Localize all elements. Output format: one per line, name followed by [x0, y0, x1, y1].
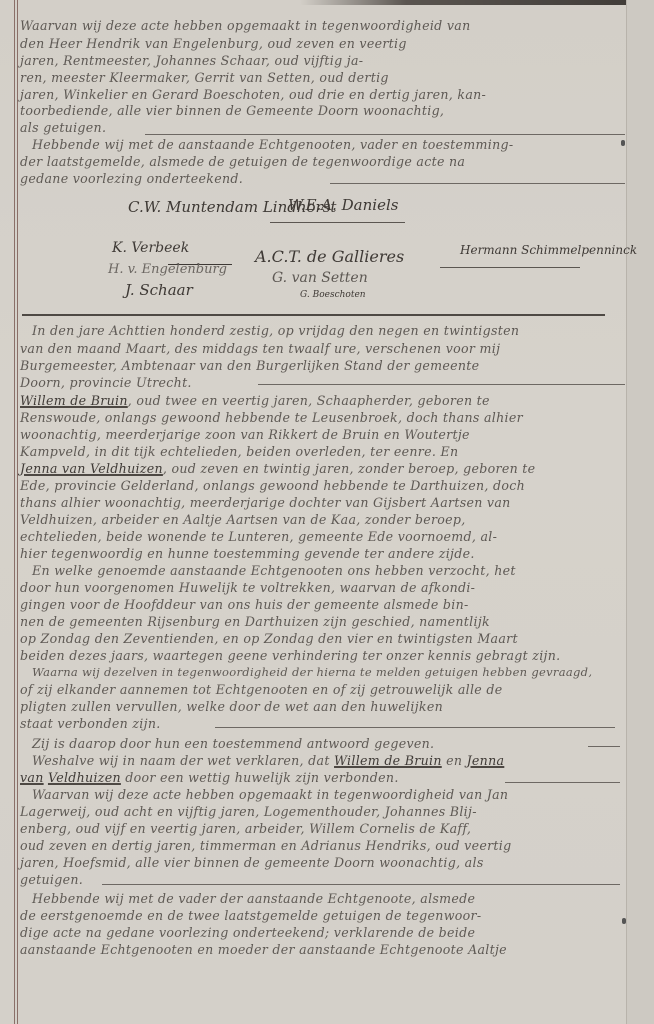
binding-mark	[622, 918, 626, 924]
text-line: Burgemeester, Ambtenaar van den Burgerli…	[20, 358, 479, 373]
fill-line	[588, 746, 620, 747]
text-line: Renswoude, onlangs gewoond hebbende te L…	[20, 410, 523, 425]
text-line: dige acte na gedane voorlezing onderteek…	[20, 925, 475, 940]
text-line: enberg, oud vijf en veertig jaren, arbei…	[20, 821, 471, 836]
record-separator	[22, 314, 605, 316]
bride-surname: Veldhuizen	[48, 770, 121, 785]
declaration-line: Weshalve wij in naam der wet verklaren, …	[32, 753, 504, 768]
text-span: door een wettig huwelijk zijn verbonden.	[125, 770, 398, 785]
text-line: de eerstgenoemde en de twee laatstgemeld…	[20, 908, 481, 923]
text-line: op Zondag den Zeventienden, en op Zondag…	[20, 631, 518, 646]
bride-name: Jenna van Veldhuizen	[20, 461, 163, 476]
text-line: nen de gemeenten Rijsenburg en Darthuize…	[20, 614, 490, 629]
fill-line	[102, 884, 620, 885]
text-line: Lagerweij, oud acht en vijftig jaren, Lo…	[20, 804, 477, 819]
text-line: Waarvan wij deze acte hebben opgemaakt i…	[20, 18, 470, 33]
text-line: Kampveld, in dit tijk echtelieden, beide…	[20, 444, 458, 459]
fill-line	[215, 727, 615, 728]
text-line: Doorn, provincie Utrecht.	[20, 375, 192, 390]
signature-flourish	[440, 267, 580, 268]
text-line: jaren, Hoefsmid, alle vier binnen de gem…	[20, 855, 484, 870]
signature: A.C.T. de Gallieres	[255, 247, 404, 266]
text-line: der laatstgemelde, alsmede de getuigen d…	[20, 154, 465, 169]
text-line: toorbediende, alle vier binnen de Gemeen…	[20, 103, 444, 118]
groom-name: Willem de Bruin	[334, 753, 442, 768]
text-span: , oud twee en veertig jaren, Schaapherde…	[128, 393, 490, 408]
text-line: Waarvan wij deze acte hebben opgemaakt i…	[32, 787, 508, 802]
signature-flourish	[270, 222, 405, 223]
text-line: Zij is daarop door hun een toestemmend a…	[32, 736, 434, 751]
text-line: door hun voorgenomen Huwelijk te voltrek…	[20, 580, 475, 595]
signature: Hermann Schimmelpenninck	[460, 243, 637, 257]
page-edge	[627, 0, 654, 1024]
signature: W.E.A. Daniels	[288, 196, 398, 214]
text-line: als getuigen.	[20, 120, 106, 135]
signature: G. van Setten	[272, 270, 368, 286]
text-line: pligten zullen vervullen, welke door de …	[20, 699, 443, 714]
fill-line	[330, 183, 625, 184]
binding-mark	[621, 140, 625, 146]
text-line: echtelieden, beide wonende te Lunteren, …	[20, 529, 497, 544]
text-line: gingen voor de Hoofddeur van ons huis de…	[20, 597, 469, 612]
declaration-line: van Veldhuizen door een wettig huwelijk …	[20, 770, 399, 785]
fill-line	[145, 134, 625, 135]
bride-name-prefix: van	[20, 770, 44, 785]
margin-rule	[14, 0, 15, 1024]
text-line: jaren, Winkelier en Gerard Boeschoten, o…	[20, 87, 486, 102]
text-line: Hebbende wij met de vader der aanstaande…	[32, 891, 475, 906]
text-span: en	[446, 753, 462, 768]
text-line: hier tegenwoordig en hunne toestemming g…	[20, 546, 475, 561]
text-line: Veldhuizen, arbeider en Aaltje Aartsen v…	[20, 512, 466, 527]
groom-name: Willem de Bruin	[20, 393, 128, 408]
text-line: den Heer Hendrik van Engelenburg, oud ze…	[20, 36, 407, 51]
text-line: woonachtig, meerderjarige zoon van Rikke…	[20, 427, 470, 442]
text-line: Ede, provincie Gelderland, onlangs gewoo…	[20, 478, 525, 493]
text-line: of zij elkander aannemen tot Echtgenoote…	[20, 682, 502, 697]
text-line: aanstaande Echtgenooten en moeder der aa…	[20, 942, 507, 957]
page-edge-shadow	[300, 0, 654, 5]
text-line: ren, meester Kleermaker, Gerrit van Sett…	[20, 70, 389, 85]
text-line: getuigen.	[20, 872, 83, 887]
signature: H. v. Engelenburg	[108, 262, 227, 277]
text-line: thans alhier woonachtig, meerderjarige d…	[20, 495, 511, 510]
fill-line	[505, 782, 620, 783]
margin-rule	[17, 0, 18, 1024]
signature: J. Schaar	[125, 281, 193, 299]
text-line: gedane voorlezing onderteekend.	[20, 171, 243, 186]
groom-line: Willem de Bruin, oud twee en veertig jar…	[20, 393, 490, 408]
text-line: oud zeven en dertig jaren, timmerman en …	[20, 838, 511, 853]
text-line: jaren, Rentmeester, Johannes Schaar, oud…	[20, 53, 363, 68]
text-line: Waarna wij dezelven in tegenwoordigheid …	[32, 665, 592, 679]
text-line: Hebbende wij met de aanstaande Echtgenoo…	[32, 137, 513, 152]
text-line: En welke genoemde aanstaande Echtgenoote…	[32, 563, 516, 578]
signature: G. Boeschoten	[300, 290, 366, 300]
text-span: Weshalve wij in naam der wet verklaren, …	[32, 753, 330, 768]
bride-first-name: Jenna	[467, 753, 505, 768]
text-span: , oud zeven en twintig jaren, zonder ber…	[163, 461, 536, 476]
fill-line	[258, 384, 625, 385]
text-line: van den maand Maart, des middags ten twa…	[20, 341, 500, 356]
bride-line: Jenna van Veldhuizen, oud zeven en twint…	[20, 461, 535, 476]
text-line: In den jare Achttien honderd zestig, op …	[32, 323, 519, 338]
signature: K. Verbeek	[112, 240, 189, 256]
text-line: staat verbonden zijn.	[20, 716, 161, 731]
text-line: beiden dezes jaars, waartegen geene verh…	[20, 648, 560, 663]
document-page: Waarvan wij deze acte hebben opgemaakt i…	[0, 0, 654, 1024]
